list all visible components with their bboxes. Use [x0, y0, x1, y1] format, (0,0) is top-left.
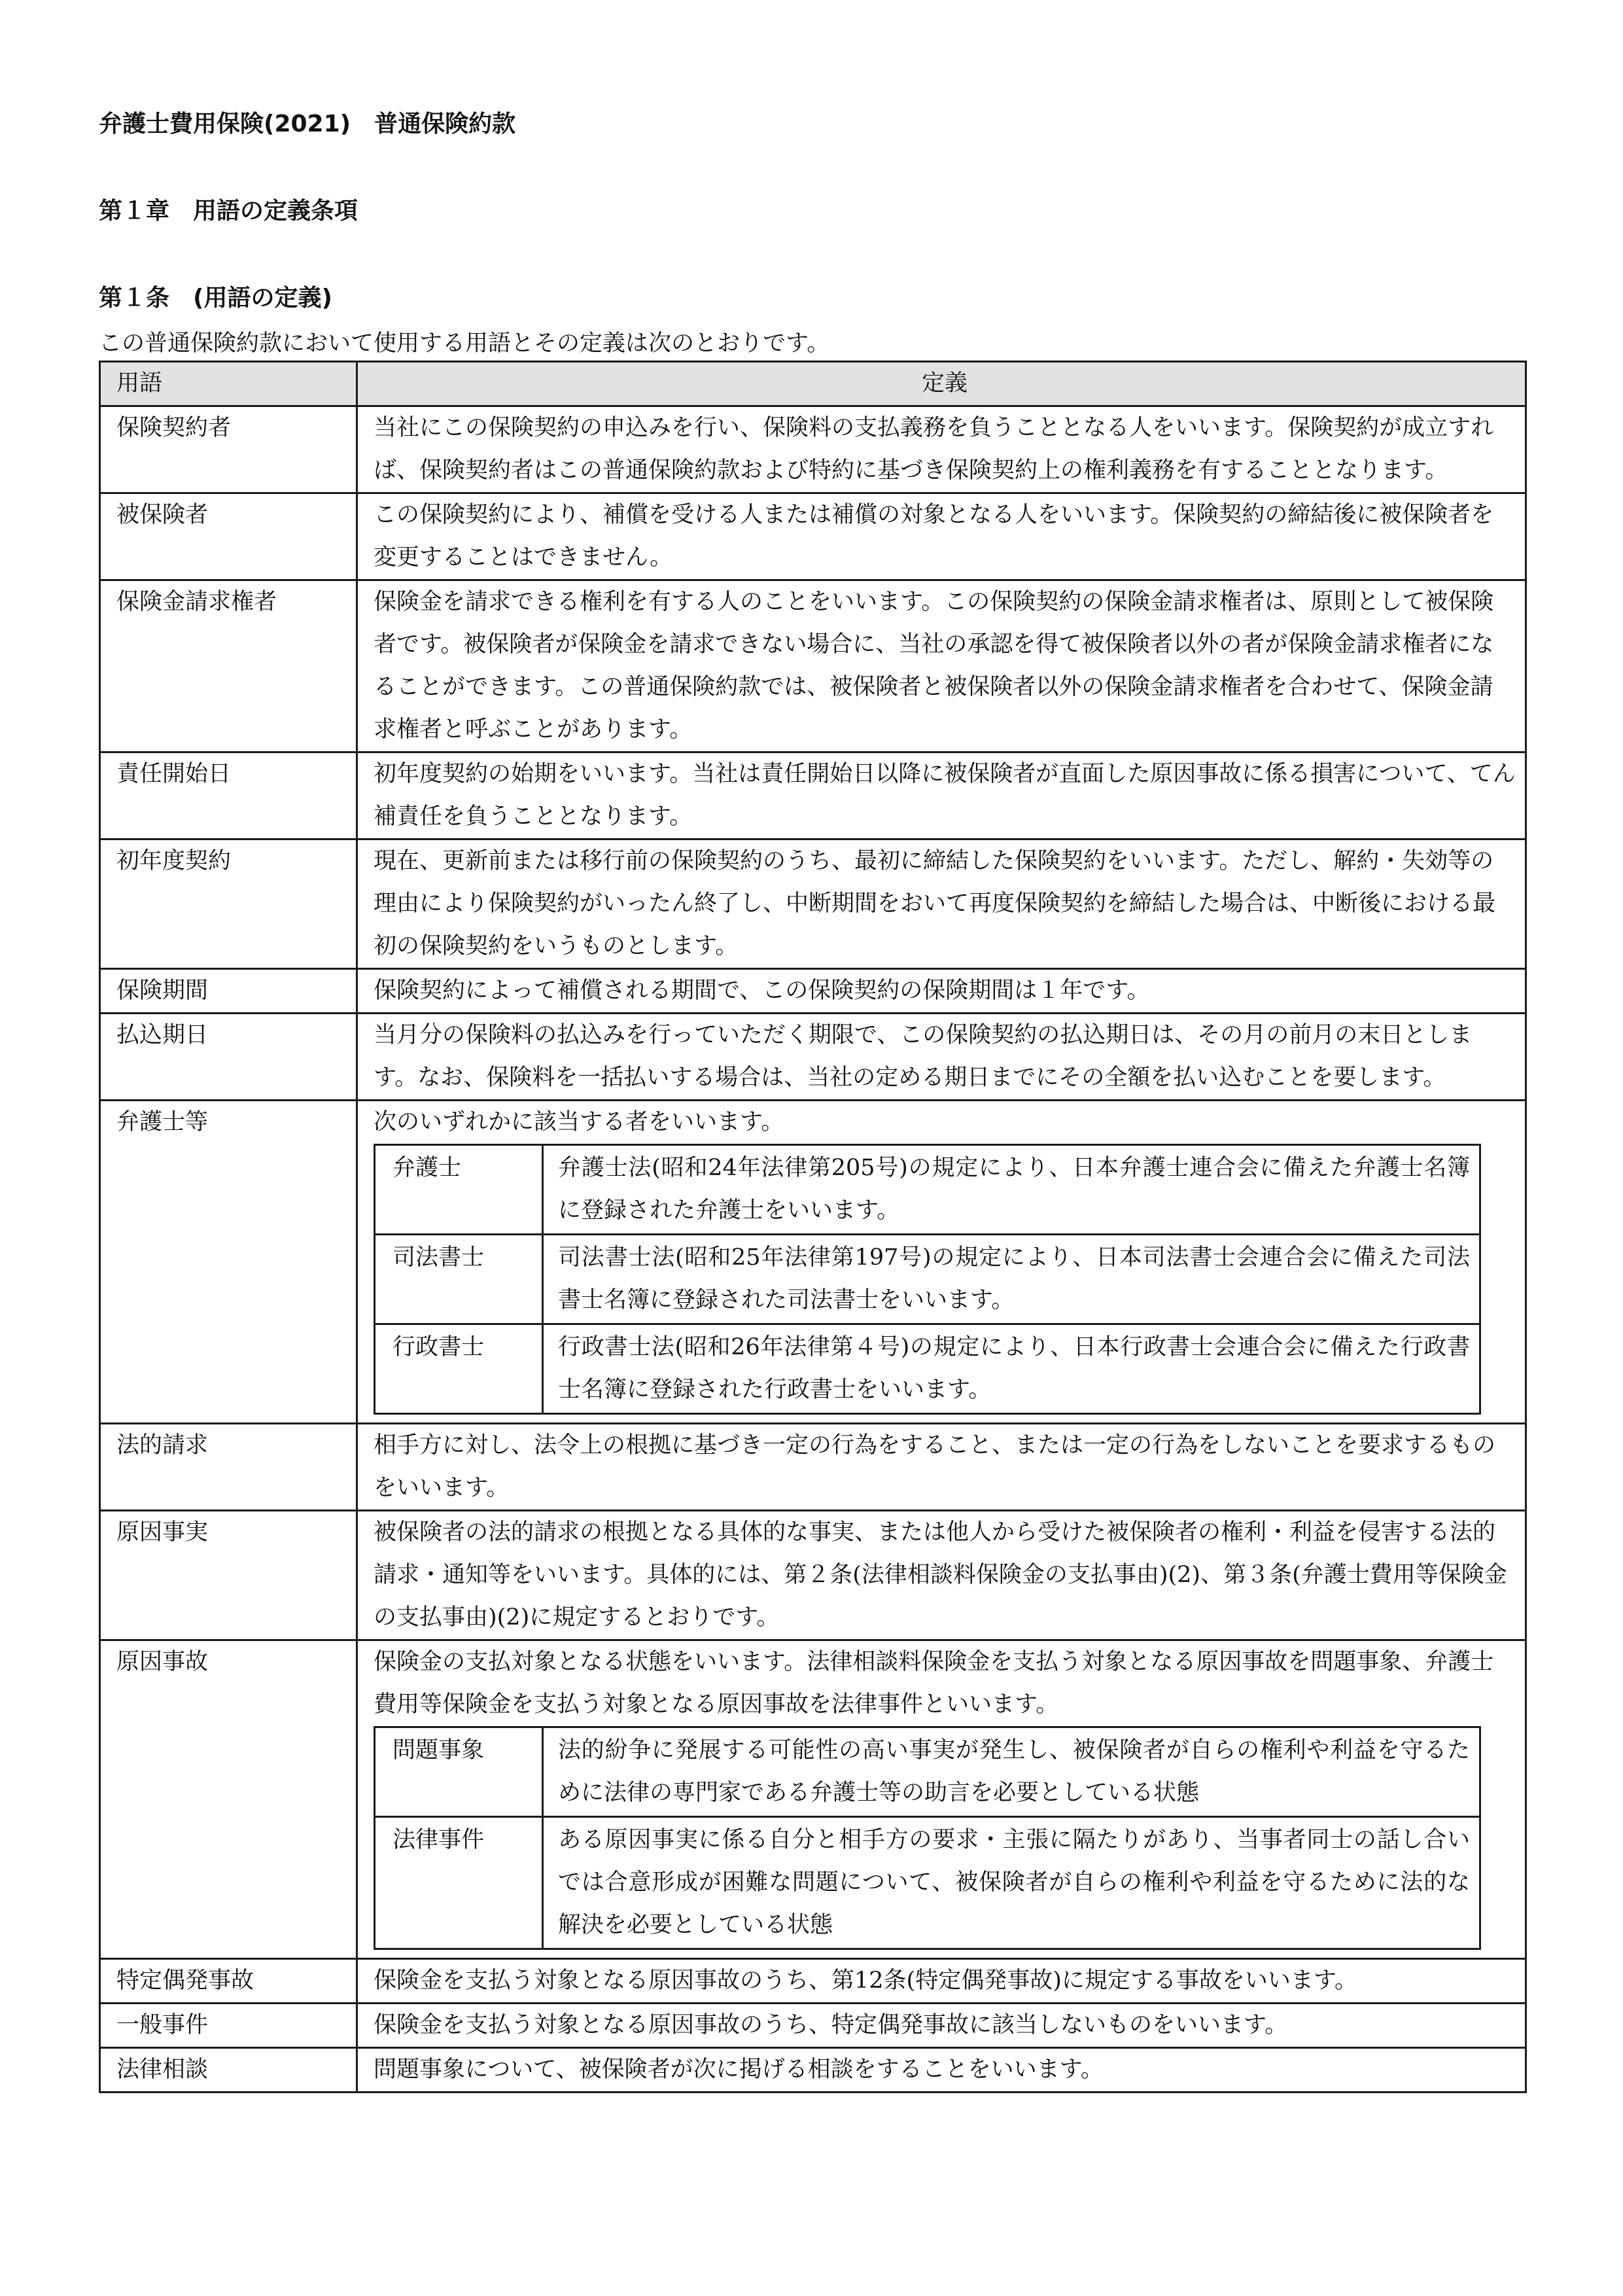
term-cell: 法的請求	[100, 1424, 357, 1511]
table-row: 払込期日 当月分の保険料の払込みを行っていただく期限で、この保険契約の払込期日は…	[100, 1014, 1526, 1101]
table-row: 特定偶発事故 保険金を支払う対象となる原因事故のうち、第12条(特定偶発事故)に…	[100, 1959, 1526, 2004]
definition-cell: 現在、更新前または移行前の保険契約のうち、最初に締結した保険契約をいいます。ただ…	[357, 839, 1526, 969]
definition-cell: 当社にこの保険契約の申込みを行い、保険料の支払義務を負うこととなる人をいいます。…	[357, 406, 1526, 493]
intro-text: この普通保険約款において使用する用語とその定義は次のとおりです。	[99, 328, 829, 359]
nested-term-cell: 行政書士	[375, 1324, 543, 1414]
definition-cell: 保険金を請求できる権利を有する人のことをいいます。この保険契約の保険金請求権者は…	[357, 580, 1526, 752]
term-cell: 保険契約者	[100, 406, 357, 493]
nested-term-cell: 問題事象	[375, 1727, 543, 1817]
table-row: 保険契約者 当社にこの保険契約の申込みを行い、保険料の支払義務を負うこととなる人…	[100, 406, 1526, 493]
column-header-definition: 定義	[357, 362, 1526, 406]
nested-table-row: 問題事象 法的紛争に発展する可能性の高い事実が発生し、被保険者が自らの権利や利益…	[375, 1727, 1480, 1817]
term-cell: 弁護士等	[100, 1101, 357, 1424]
table-row: 原因事故 保険金の支払対象となる状態をいいます。法律相談料保険金を支払う対象とな…	[100, 1640, 1526, 1959]
table-row: 被保険者 この保険契約により、補償を受ける人または補償の対象となる人をいいます。…	[100, 493, 1526, 580]
document-title: 弁護士費用保険(2021) 普通保険約款	[99, 110, 515, 139]
definition-cell: 相手方に対し、法令上の根拠に基づき一定の行為をすること、または一定の行為をしない…	[357, 1424, 1526, 1511]
column-header-term: 用語	[100, 362, 357, 406]
nested-definition-cell: 行政書士法(昭和26年法律第４号)の規定により、日本行政書士会連合会に備えた行政…	[543, 1324, 1480, 1414]
term-cell: 一般事件	[100, 2004, 357, 2048]
definition-cell: 被保険者の法的請求の根拠となる具体的な事実、または他人から受けた被保険者の権利・…	[357, 1511, 1526, 1640]
nested-table-row: 司法書士 司法書士法(昭和25年法律第197号)の規定により、日本司法書士会連合…	[375, 1235, 1480, 1324]
term-cell: 原因事実	[100, 1511, 357, 1640]
definition-cell: 保険金を支払う対象となる原因事故のうち、第12条(特定偶発事故)に規定する事故を…	[357, 1959, 1526, 2004]
table-header-row: 用語 定義	[100, 362, 1526, 406]
definition-cell: この保険契約により、補償を受ける人または補償の対象となる人をいいます。保険契約の…	[357, 493, 1526, 580]
table-row: 保険金請求権者 保険金を請求できる権利を有する人のことをいいます。この保険契約の…	[100, 580, 1526, 752]
table-row: 法律相談 問題事象について、被保険者が次に掲げる相談をすることをいいます。	[100, 2048, 1526, 2093]
definition-cell: 次のいずれかに該当する者をいいます。 弁護士 弁護士法(昭和24年法律第205号…	[357, 1101, 1526, 1424]
term-cell: 保険金請求権者	[100, 580, 357, 752]
nested-term-cell: 司法書士	[375, 1235, 543, 1324]
nested-definitions-table: 問題事象 法的紛争に発展する可能性の高い事実が発生し、被保険者が自らの権利や利益…	[374, 1726, 1481, 1950]
table-row: 法的請求 相手方に対し、法令上の根拠に基づき一定の行為をすること、または一定の行…	[100, 1424, 1526, 1511]
table-row: 保険期間 保険契約によって補償される期間で、この保険契約の保険期間は１年です。	[100, 969, 1526, 1014]
definition-text: 次のいずれかに該当する者をいいます。	[374, 1101, 1516, 1144]
term-cell: 被保険者	[100, 493, 357, 580]
definitions-table: 用語 定義 保険契約者 当社にこの保険契約の申込みを行い、保険料の支払義務を負う…	[99, 361, 1527, 2093]
nested-table-row: 行政書士 行政書士法(昭和26年法律第４号)の規定により、日本行政書士会連合会に…	[375, 1324, 1480, 1414]
document-page: 弁護士費用保険(2021) 普通保険約款 第１章 用語の定義条項 第１条 (用語…	[0, 0, 1623, 2296]
table-row: 原因事実 被保険者の法的請求の根拠となる具体的な事実、または他人から受けた被保険…	[100, 1511, 1526, 1640]
definition-cell: 保険金の支払対象となる状態をいいます。法律相談料保険金を支払う対象となる原因事故…	[357, 1640, 1526, 1959]
term-cell: 特定偶発事故	[100, 1959, 357, 2004]
definition-cell: 問題事象について、被保険者が次に掲げる相談をすることをいいます。	[357, 2048, 1526, 2093]
nested-term-cell: 弁護士	[375, 1145, 543, 1235]
nested-term-cell: 法律事件	[375, 1817, 543, 1949]
table-row: 一般事件 保険金を支払う対象となる原因事故のうち、特定偶発事故に該当しないものを…	[100, 2004, 1526, 2048]
term-cell: 初年度契約	[100, 839, 357, 969]
nested-definition-cell: 司法書士法(昭和25年法律第197号)の規定により、日本司法書士会連合会に備えた…	[543, 1235, 1480, 1324]
table-row: 責任開始日 初年度契約の始期をいいます。当社は責任開始日以降に被保険者が直面した…	[100, 752, 1526, 839]
definition-text: 保険金の支払対象となる状態をいいます。法律相談料保険金を支払う対象となる原因事故…	[374, 1641, 1516, 1726]
nested-definition-cell: 法的紛争に発展する可能性の高い事実が発生し、被保険者が自らの権利や利益を守るため…	[543, 1727, 1480, 1817]
term-cell: 責任開始日	[100, 752, 357, 839]
nested-table-row: 法律事件 ある原因事実に係る自分と相手方の要求・主張に隔たりがあり、当事者同士の…	[375, 1817, 1480, 1949]
nested-definitions-table: 弁護士 弁護士法(昭和24年法律第205号)の規定により、日本弁護士連合会に備え…	[374, 1144, 1481, 1415]
nested-definition-cell: 弁護士法(昭和24年法律第205号)の規定により、日本弁護士連合会に備えた弁護士…	[543, 1145, 1480, 1235]
definition-cell: 当月分の保険料の払込みを行っていただく期限で、この保険契約の払込期日は、その月の…	[357, 1014, 1526, 1101]
term-cell: 法律相談	[100, 2048, 357, 2093]
nested-table-row: 弁護士 弁護士法(昭和24年法律第205号)の規定により、日本弁護士連合会に備え…	[375, 1145, 1480, 1235]
table-row: 初年度契約 現在、更新前または移行前の保険契約のうち、最初に締結した保険契約をい…	[100, 839, 1526, 969]
term-cell: 保険期間	[100, 969, 357, 1014]
term-cell: 原因事故	[100, 1640, 357, 1959]
term-cell: 払込期日	[100, 1014, 357, 1101]
definition-cell: 初年度契約の始期をいいます。当社は責任開始日以降に被保険者が直面した原因事故に係…	[357, 752, 1526, 839]
definition-cell: 保険金を支払う対象となる原因事故のうち、特定偶発事故に該当しないものをいいます。	[357, 2004, 1526, 2048]
table-row: 弁護士等 次のいずれかに該当する者をいいます。 弁護士 弁護士法(昭和24年法律…	[100, 1101, 1526, 1424]
article-heading: 第１条 (用語の定義)	[99, 284, 332, 313]
definition-cell: 保険契約によって補償される期間で、この保険契約の保険期間は１年です。	[357, 969, 1526, 1014]
nested-definition-cell: ある原因事実に係る自分と相手方の要求・主張に隔たりがあり、当事者同士の話し合いで…	[543, 1817, 1480, 1949]
chapter-heading: 第１章 用語の定義条項	[99, 197, 358, 226]
